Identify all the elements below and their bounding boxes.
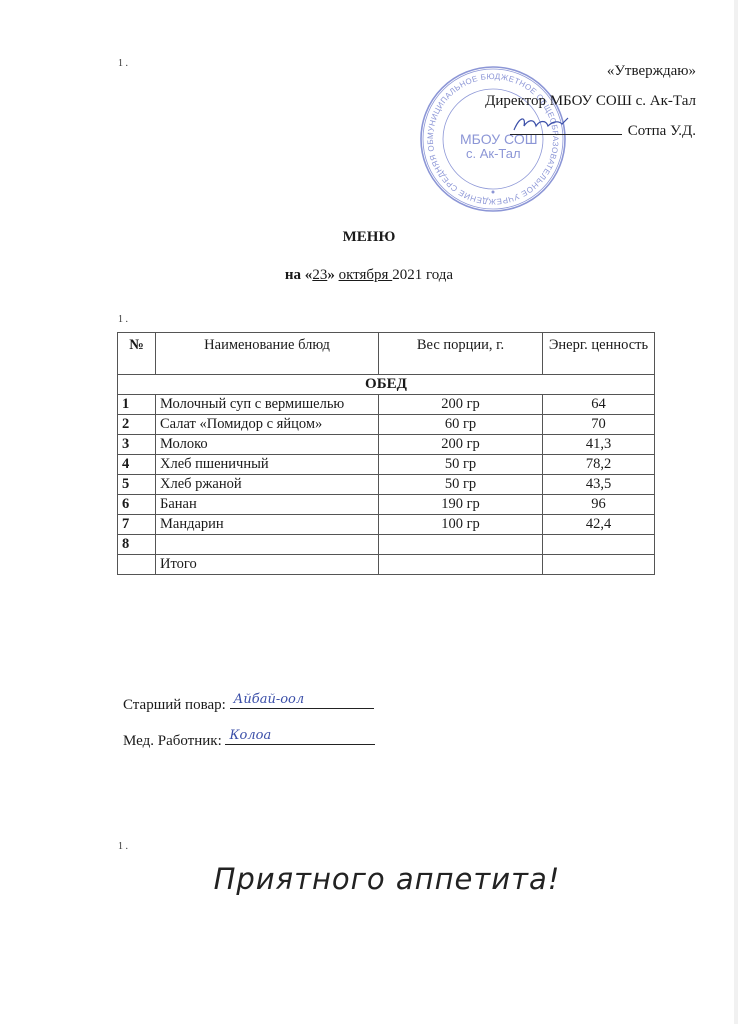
row-dish-name — [156, 535, 379, 555]
row-dish-name: Банан — [156, 495, 379, 515]
medic-signature-line: Колоа — [225, 728, 375, 745]
table-header-row: № Наименование блюд Вес порции, г. Энерг… — [118, 333, 655, 375]
row-portion-weight — [379, 555, 543, 575]
table-row: 5Хлеб ржаной50 гр43,5 — [118, 475, 655, 495]
date-year: 2021 года — [392, 267, 453, 283]
row-portion-weight — [379, 535, 543, 555]
signatures-block: Старший повар: Айбай-оол Мед. Работник: … — [123, 687, 375, 759]
scan-mark: 1 . — [118, 841, 128, 852]
section-title: ОБЕД — [118, 375, 655, 395]
chef-signature-line: Айбай-оол — [230, 692, 374, 709]
row-portion-weight: 200 гр — [379, 435, 543, 455]
table-row: 4Хлеб пшеничный50 гр78,2 — [118, 455, 655, 475]
row-number: 8 — [118, 535, 156, 555]
table-row: 7Мандарин100 гр42,4 — [118, 515, 655, 535]
chef-label: Старший повар: — [123, 697, 226, 713]
date-month: октября — [339, 267, 393, 283]
row-dish-name: Хлеб ржаной — [156, 475, 379, 495]
table-row: 8 — [118, 535, 655, 555]
row-energy: 96 — [543, 495, 655, 515]
row-energy — [543, 555, 655, 575]
medic-signature: Колоа — [229, 718, 271, 754]
medic-signature-row: Мед. Работник: Колоа — [123, 723, 375, 759]
row-dish-name: Итого — [156, 555, 379, 575]
row-dish-name: Салат «Помидор с яйцом» — [156, 415, 379, 435]
row-number: 5 — [118, 475, 156, 495]
menu-date: на «23» октября 2021 года — [0, 267, 738, 284]
director-title: Директор МБОУ СОШ с. Ак-Тал — [485, 86, 696, 116]
header-dish-name: Наименование блюд — [156, 333, 379, 375]
page-title: МЕНЮ — [0, 229, 738, 246]
row-portion-weight: 50 гр — [379, 455, 543, 475]
director-signature-row: Сотпа У.Д. — [485, 116, 696, 146]
row-portion-weight: 190 гр — [379, 495, 543, 515]
row-energy — [543, 535, 655, 555]
chef-signature: Айбай-оол — [234, 682, 305, 718]
director-signature-line — [510, 120, 622, 135]
row-number: 2 — [118, 415, 156, 435]
row-portion-weight: 60 гр — [379, 415, 543, 435]
row-dish-name: Молочный суп с вермишелью — [156, 395, 379, 415]
table-row: 3Молоко200 гр41,3 — [118, 435, 655, 455]
director-name: Сотпа У.Д. — [628, 123, 696, 139]
row-number — [118, 555, 156, 575]
header-number: № — [118, 333, 156, 375]
menu-table: № Наименование блюд Вес порции, г. Энерг… — [117, 332, 655, 575]
director-signature-icon — [512, 114, 572, 134]
scan-mark: 1 . — [118, 58, 128, 69]
row-dish-name: Мандарин — [156, 515, 379, 535]
table-row: 6Банан190 гр96 — [118, 495, 655, 515]
table-row: Итого — [118, 555, 655, 575]
table-row: 2Салат «Помидор с яйцом»60 гр70 — [118, 415, 655, 435]
row-number: 6 — [118, 495, 156, 515]
header-energy: Энерг. ценность — [543, 333, 655, 375]
table-row: 1Молочный суп с вермишелью200 гр64 — [118, 395, 655, 415]
row-number: 4 — [118, 455, 156, 475]
row-dish-name: Хлеб пшеничный — [156, 455, 379, 475]
row-number: 1 — [118, 395, 156, 415]
approval-block: «Утверждаю» Директор МБОУ СОШ с. Ак-Тал … — [485, 56, 696, 146]
row-energy: 42,4 — [543, 515, 655, 535]
medic-label: Мед. Работник: — [123, 733, 222, 749]
row-energy: 78,2 — [543, 455, 655, 475]
stamp-center-line2: с. Ак-Тал — [466, 146, 521, 161]
row-portion-weight: 50 гр — [379, 475, 543, 495]
header-portion-weight: Вес порции, г. — [379, 333, 543, 375]
row-number: 3 — [118, 435, 156, 455]
section-row: ОБЕД — [118, 375, 655, 395]
row-number: 7 — [118, 515, 156, 535]
row-portion-weight: 100 гр — [379, 515, 543, 535]
row-energy: 64 — [543, 395, 655, 415]
row-dish-name: Молоко — [156, 435, 379, 455]
row-energy: 70 — [543, 415, 655, 435]
scan-mark: 1 . — [118, 314, 128, 325]
approve-label: «Утверждаю» — [485, 56, 696, 86]
row-portion-weight: 200 гр — [379, 395, 543, 415]
closing-wish: Приятного аппетита! — [0, 862, 738, 896]
row-energy: 43,5 — [543, 475, 655, 495]
date-day: 23 — [312, 267, 327, 283]
row-energy: 41,3 — [543, 435, 655, 455]
